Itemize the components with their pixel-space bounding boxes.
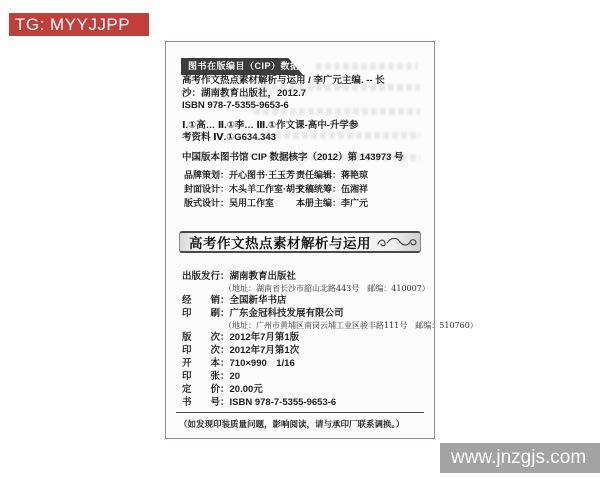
colophon-row-price: 定 价：20.00元 — [182, 383, 428, 396]
credit-copy-coordinator: 文稿统筹：伍湘祥 — [296, 183, 368, 195]
colophon-label: 印 刷： — [182, 308, 230, 319]
colophon-value: 2012年7月第1次 — [230, 345, 300, 356]
colophon-row-isbn: 书 号：ISBN 978-7-5355-9653-6 — [182, 396, 428, 409]
credit-brand-planning: 品牌策划：开心图书·王玉芳 — [184, 169, 295, 181]
cip-line: 高考作文热点素材解析与运用 / 李广元主编. -- 长 — [182, 75, 424, 88]
print-quality-note: （如发现印装质量问题，影响阅读，请与承印厂联系调换。） — [179, 418, 429, 430]
colophon-value: 2012年7月第1版 — [230, 332, 300, 343]
cip-paragraph: 中国版本图书馆 CIP 数据核字（2012）第 143973 号 — [182, 152, 424, 165]
colophon-value: 全国新华书店 — [230, 295, 287, 306]
colophon-value: 广东金冠科技发展有限公司 — [230, 308, 344, 319]
cip-line: 沙：湖南教育出版社，2012.7 — [182, 88, 424, 101]
cip-line: Ⅰ.①高… Ⅱ.①李… Ⅲ.①作文课-高中-升学参 — [182, 120, 424, 133]
colophon-row-printer: 印 刷：广东金冠科技发展有限公司 — [182, 307, 428, 320]
colophon-value: 湖南教育出版社 — [230, 271, 297, 282]
cip-paragraph: 高考作文热点素材解析与运用 / 李广元主编. -- 长 沙：湖南教育出版社，20… — [182, 75, 424, 113]
watermark-top-banner: TG: MYYJJPP — [9, 13, 149, 36]
credit-editor: 责任编辑：蒋艳琼 — [296, 169, 368, 181]
cip-line: ISBN 978-7-5355-9653-6 — [182, 100, 424, 113]
credit-layout-design: 版式设计：吴用工作室 — [184, 197, 274, 209]
colophon-printer-address: （地址：广州市黄埔区南岗云埔工业区骏丰路111号 邮编：510760） — [182, 320, 428, 331]
colophon-row-publisher: 出版发行：湖南教育出版社 — [182, 270, 428, 283]
colophon-label: 出版发行： — [182, 271, 230, 282]
bleedthrough-artifact — [316, 63, 418, 70]
colophon-row-edition: 版 次：2012年7月第1版 — [182, 331, 428, 344]
cip-data-block: 高考作文热点素材解析与运用 / 李广元主编. -- 长 沙：湖南教育出版社，20… — [182, 75, 424, 164]
colophon-value: 20.00元 — [230, 384, 263, 395]
credit-volume-editor: 本册主编：李广元 — [296, 197, 368, 209]
book-title-bar: 高考作文热点素材解析与运用 — [179, 231, 421, 253]
cip-record-number: 中国版本图书馆 CIP 数据核字（2012）第 143973 号 — [182, 152, 424, 165]
flourish-ornament-icon — [377, 236, 417, 248]
colophon-row-impression: 印 次：2012年7月第1次 — [182, 344, 428, 357]
colophon-label: 开 本： — [182, 358, 230, 369]
colophon-label: 印 次： — [182, 345, 230, 356]
colophon-row-sheets: 印 张：20 — [182, 370, 428, 383]
book-title: 高考作文热点素材解析与运用 — [189, 232, 371, 252]
colophon-label: 书 号： — [182, 397, 230, 408]
colophon-value: ISBN 978-7-5355-9653-6 — [230, 397, 337, 408]
colophon-value: 710×990 1/16 — [230, 358, 295, 369]
watermark-bottom-banner: www.jnzgjs.com — [440, 443, 600, 473]
cip-line: 考资料 Ⅳ.①G634.343 — [182, 132, 424, 145]
cip-paragraph: Ⅰ.①高… Ⅱ.①李… Ⅲ.①作文课-高中-升学参 考资料 Ⅳ.①G634.34… — [182, 120, 424, 145]
colophon-publisher-address: （地址：湖南省长沙市韶山北路443号 邮编：410007） — [182, 283, 428, 294]
colophon-value: 20 — [230, 371, 241, 382]
colophon-label: 印 张： — [182, 371, 230, 382]
cip-header-tab: 图书在版编目（CIP）数据 — [181, 58, 303, 75]
credit-cover-design: 封面设计：木头羊工作室·胡子 — [184, 183, 304, 195]
divider-rule — [176, 412, 424, 413]
scanned-copyright-page: 图书在版编目（CIP）数据 高考作文热点素材解析与运用 / 李广元主编. -- … — [165, 41, 435, 439]
colophon-label: 定 价： — [182, 384, 230, 395]
colophon-row-distributor: 经 销：全国新华书店 — [182, 294, 428, 307]
colophon-label: 经 销： — [182, 295, 230, 306]
colophon-row-format: 开 本：710×990 1/16 — [182, 357, 428, 370]
colophon-block: 出版发行：湖南教育出版社 （地址：湖南省长沙市韶山北路443号 邮编：41000… — [182, 270, 428, 409]
colophon-label: 版 次： — [182, 332, 230, 343]
